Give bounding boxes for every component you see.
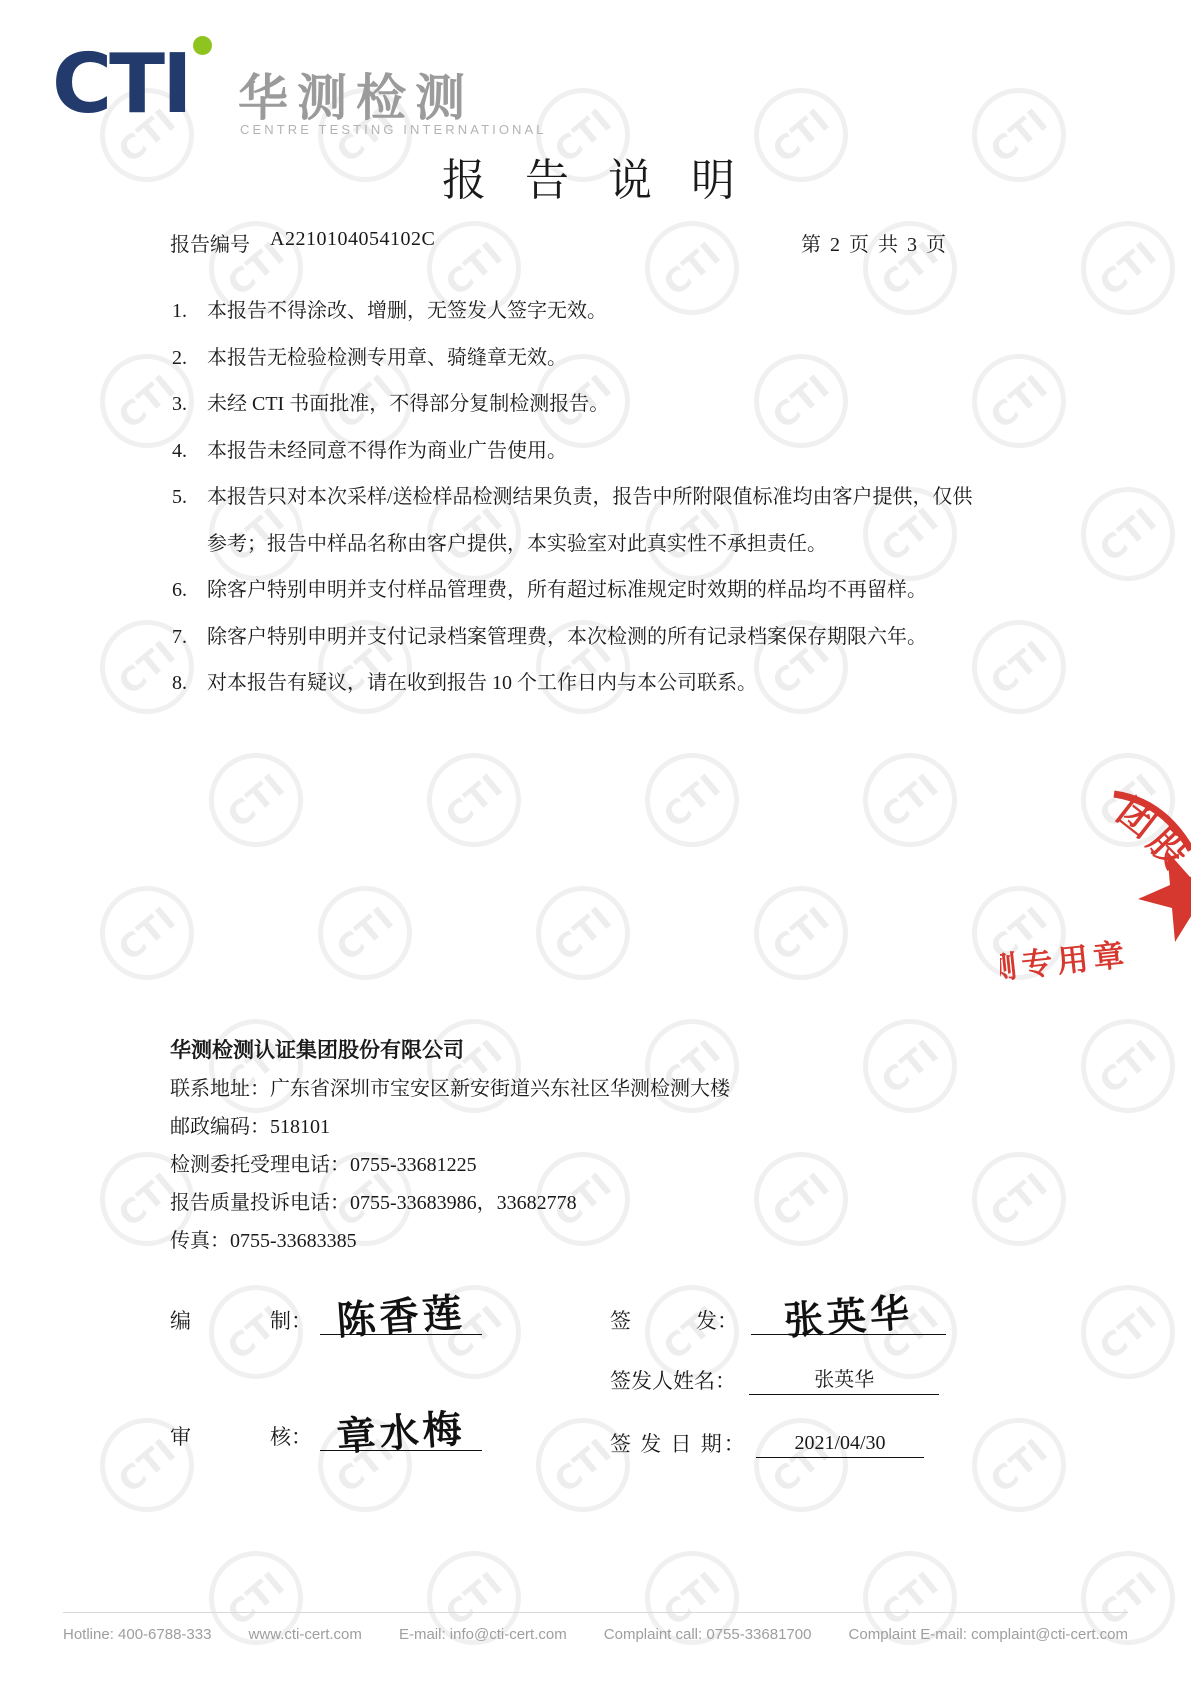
page-title: 报 告 说 明 bbox=[0, 144, 1191, 208]
note-number: 7. bbox=[172, 614, 187, 661]
note-number: 3. bbox=[172, 381, 187, 428]
issued-by-row: 签发： 张英华 bbox=[610, 1292, 946, 1335]
company-fax: 传真：0755-33683385 bbox=[170, 1222, 730, 1260]
issuer-name-row: 签发人姓名： 张英华 bbox=[610, 1352, 939, 1395]
note-number: 4. bbox=[172, 428, 187, 475]
footer: Hotline: 400-6788-333 www.cti-cert.com E… bbox=[63, 1626, 1128, 1643]
issue-date-label: 签 发 日 期： bbox=[610, 1432, 747, 1456]
note-item: 2. 本报告无检验检测专用章、骑缝章无效。 bbox=[170, 335, 1040, 382]
company-test-phone: 检测委托受理电话：0755-33681225 bbox=[170, 1146, 730, 1184]
report-header-row: 报告编号 A2210104054102C 第 2 页 共 3 页 bbox=[170, 228, 1191, 260]
issuer-name-label: 签发人姓名： bbox=[610, 1369, 736, 1393]
company-en-logo-name: CENTRE TESTING INTERNATIONAL bbox=[240, 122, 547, 137]
issue-date-value: 2021/04/30 bbox=[756, 1432, 924, 1455]
cti-watermark-icon: CTI bbox=[100, 886, 194, 980]
company-postcode: 邮政编码：518101 bbox=[170, 1108, 730, 1146]
cti-watermark-icon: CTI bbox=[754, 1152, 848, 1246]
cti-watermark-icon: CTI bbox=[972, 1152, 1066, 1246]
note-text: 对本报告有疑议，请在收到报告 10 个工作日内与本公司联系。 bbox=[207, 660, 1040, 707]
note-number: 6. bbox=[172, 567, 187, 614]
issued-handwritten-signature: 张英华 bbox=[750, 1279, 948, 1348]
prepared-by-label: 编制： bbox=[170, 1305, 312, 1335]
report-number-value: A2210104054102C bbox=[270, 228, 435, 251]
footer-hotline: Hotline: 400-6788-333 bbox=[63, 1626, 211, 1643]
prepared-handwritten-signature: 陈香莲 bbox=[318, 1280, 484, 1347]
company-address: 联系地址：广东省深圳市宝安区新安街道兴东社区华测检测大楼 bbox=[170, 1070, 730, 1108]
company-info-block: 华测检测认证集团股份有限公司 联系地址：广东省深圳市宝安区新安街道兴东社区华测检… bbox=[170, 1030, 730, 1260]
notes-list: 1. 本报告不得涂改、增删，无签发人签字无效。 2. 本报告无检验检测专用章、骑… bbox=[170, 288, 1040, 707]
footer-divider bbox=[63, 1612, 1128, 1613]
prepared-by-row: 编制： 陈香莲 bbox=[170, 1292, 482, 1335]
reviewed-handwritten-signature: 章水梅 bbox=[318, 1396, 484, 1463]
company-name: 华测检测认证集团股份有限公司 bbox=[170, 1030, 730, 1070]
note-text: 本报告无检验检测专用章、骑缝章无效。 bbox=[207, 335, 1040, 382]
reviewed-by-label: 审核： bbox=[170, 1421, 312, 1451]
note-number: 2. bbox=[172, 335, 187, 382]
footer-complaint-call: Complaint call: 0755-33681700 bbox=[604, 1626, 812, 1643]
issued-by-label: 签发： bbox=[610, 1305, 738, 1335]
cti-watermark-icon: CTI bbox=[863, 1019, 957, 1113]
note-item: 8. 对本报告有疑议，请在收到报告 10 个工作日内与本公司联系。 bbox=[170, 660, 1040, 707]
company-complaint-phone: 报告质量投诉电话：0755-33683986，33682778 bbox=[170, 1184, 730, 1222]
reviewed-by-row: 审核： 章水梅 bbox=[170, 1408, 482, 1451]
prepared-signature-line: 陈香莲 bbox=[320, 1292, 482, 1335]
issuer-name-line: 张英华 bbox=[749, 1352, 939, 1395]
issuer-name-value: 张英华 bbox=[749, 1363, 939, 1392]
note-text-continued: 参考；报告中样品名称由客户提供，本实验室对此真实性不承担责任。 bbox=[207, 521, 1040, 568]
note-item: 7. 除客户特别申明并支付记录档案管理费，本次检测的所有记录档案保存期限六年。 bbox=[170, 614, 1040, 661]
note-number: 8. bbox=[172, 660, 187, 707]
issued-signature-line: 张英华 bbox=[751, 1292, 946, 1335]
cti-watermark-icon: CTI bbox=[427, 753, 521, 847]
cti-logo-green-dot-icon bbox=[193, 36, 212, 55]
footer-website: www.cti-cert.com bbox=[249, 1626, 362, 1643]
cti-watermark-icon: CTI bbox=[536, 886, 630, 980]
note-item: 6. 除客户特别申明并支付样品管理费，所有超过标准规定时效期的样品均不再留样。 bbox=[170, 567, 1040, 614]
cti-watermark-icon: CTI bbox=[209, 753, 303, 847]
cti-watermark-icon: CTI bbox=[318, 886, 412, 980]
cti-watermark-icon: CTI bbox=[1081, 487, 1175, 581]
note-text: 本报告不得涂改、增删，无签发人签字无效。 bbox=[207, 288, 1040, 335]
note-item: 5. 本报告只对本次采样/送检样品检测结果负责，报告中所附限值标准均由客户提供，… bbox=[170, 474, 1040, 567]
cti-logo: CTI 华测检测 CENTRE TESTING INTERNATIONAL bbox=[52, 26, 472, 136]
cti-watermark-icon: CTI bbox=[754, 886, 848, 980]
note-item: 4. 本报告未经同意不得作为商业广告使用。 bbox=[170, 428, 1040, 475]
cti-logo-letters: CTI bbox=[52, 44, 190, 126]
note-text: 本报告未经同意不得作为商业广告使用。 bbox=[207, 428, 1040, 475]
note-number: 1. bbox=[172, 288, 187, 335]
note-number: 5. bbox=[172, 474, 187, 521]
issue-date-row: 签 发 日 期： 2021/04/30 bbox=[610, 1415, 924, 1458]
note-item: 3. 未经 CTI 书面批准，不得部分复制检测报告。 bbox=[170, 381, 1040, 428]
company-seal-stamp: 团 股 测专用章 bbox=[1000, 698, 1191, 998]
cti-watermark-icon: CTI bbox=[863, 753, 957, 847]
seal-bottom-text: 测专用章 bbox=[1000, 937, 1131, 987]
page-number-info: 第 2 页 共 3 页 bbox=[801, 228, 948, 257]
footer-complaint-email: Complaint E-mail: complaint@cti-cert.com bbox=[849, 1626, 1128, 1643]
cti-watermark-icon: CTI bbox=[645, 753, 739, 847]
report-number-label: 报告编号 bbox=[170, 228, 250, 257]
reviewed-signature-line: 章水梅 bbox=[320, 1408, 482, 1451]
note-text: 未经 CTI 书面批准，不得部分复制检测报告。 bbox=[207, 381, 1040, 428]
note-text: 除客户特别申明并支付记录档案管理费，本次检测的所有记录档案保存期限六年。 bbox=[207, 614, 1040, 661]
issue-date-line: 2021/04/30 bbox=[756, 1415, 924, 1458]
cti-watermark-icon: CTI bbox=[1081, 1019, 1175, 1113]
note-text: 本报告只对本次采样/送检样品检测结果负责，报告中所附限值标准均由客户提供，仅供 bbox=[207, 474, 1040, 521]
note-text: 除客户特别申明并支付样品管理费，所有超过标准规定时效期的样品均不再留样。 bbox=[207, 567, 1040, 614]
signature-section: 编制： 陈香莲 审核： 章水梅 签发： 张英华 签发人姓名： bbox=[170, 1265, 1191, 1485]
note-item: 1. 本报告不得涂改、增删，无签发人签字无效。 bbox=[170, 288, 1040, 335]
report-page: CTICTICTICTICTICTICTICTICTICTICTICTICTIC… bbox=[0, 0, 1191, 1684]
footer-email: E-mail: info@cti-cert.com bbox=[399, 1626, 567, 1643]
company-cn-logo-name: 华测检测 bbox=[238, 58, 474, 130]
